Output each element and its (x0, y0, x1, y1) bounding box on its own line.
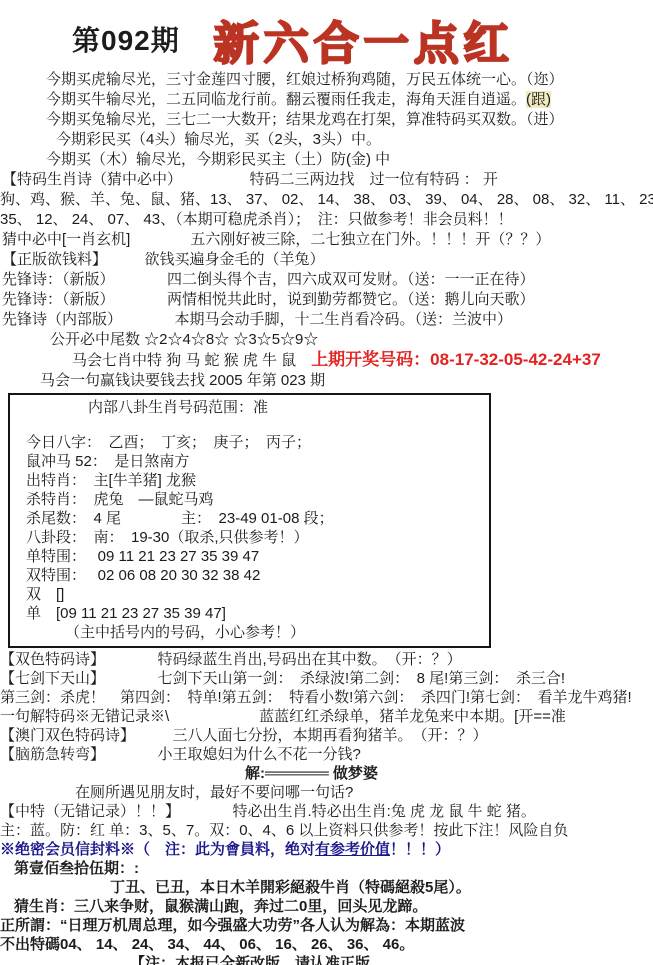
phrase-decode-line: 一句解特码※无错记录※\ 蓝蓝红红杀绿单，猪羊龙兔来中本期。[开==准 (0, 707, 653, 726)
vanguard-poem-2: 先锋诗：（新版） 两情相悦共此时，说到勤劳都赞它。（送：鹅儿向天歌） (0, 290, 653, 310)
zodiac-number-list-2: 35、 12、 24、 07、 43、（本期可稳虎杀肖）； 注：只做参考！非会员… (0, 210, 653, 230)
top-section: 今期买虎输尽光，三寸金莲四寸腰，红娘过桥狗鸡随，万民五体统一心。（迩） 今期买牛… (0, 70, 653, 391)
box-kill-tail-line: 杀尾数： 4 尾 主： 23-49 01-08 段； (10, 509, 489, 528)
poem-line-2-tail: (跟) (526, 91, 551, 108)
winning-phrase-line: 马会一句赢钱诀要钱去找 2005 年第 023 期 (0, 371, 653, 391)
seven-zodiac-text: 马会七肖中特 狗 马 蛇 猴 虎 牛 鼠 (72, 352, 311, 369)
issue-number: 第092期 (72, 19, 180, 59)
box-bagua-segment-line: 八卦段： 南： 19-30（取杀,只供参考！） (10, 528, 489, 547)
color-advice-line: 主：蓝。防：红 单：3、5、7。双：0、4、6 以上资料只供参考！按此下注！风险… (0, 821, 653, 840)
box-odd-pick-line: 单 [09 11 21 23 27 35 39 47] (10, 604, 489, 623)
box-odd-range-line: 单特围： 09 11 21 23 27 35 39 47 (10, 547, 489, 566)
two-color-poem-line: 【双色特码诗】 特码绿蓝生肖出,号码出在其中数。 （开：？） (0, 650, 653, 669)
poem-line-5: 今期买（木）输尽光，今期彩民买主（土）防(金) 中 (0, 150, 653, 170)
vanguard-poem-1: 先锋诗：（新版） 四二倒头得个吉，四六成双可发财。（送：一一正在待） (0, 270, 653, 290)
header: 第092期 新六合一点红 (0, 0, 653, 70)
money-poem-line: 【正版欲钱料】 欲钱买遍身金毛的（羊兔） (0, 250, 653, 270)
member-envelope-underline: 有参考价值 (315, 841, 390, 858)
macau-poem-line: 【澳门双色特码诗】 三八人面七分扮，本期再看狗猪羊。 （开：？） (0, 726, 653, 745)
saying-line: 正所謂：“日理万机周总理，如今强盛大功劳”各人认为解為：本期蓝波 (0, 916, 653, 935)
box-even-pick-line: 双 [] (10, 585, 489, 604)
member-envelope-text-2: ！！！） (390, 841, 450, 858)
box-blank-line (10, 417, 489, 433)
tail-numbers-line: 公开必中尾数 ☆2☆4☆8☆ ☆3☆5☆9☆ (0, 330, 653, 350)
bagua-info-box: 内部八卦生肖号码范围：准 今日八字： 乙酉； 丁亥； 庚子； 丙子； 鼠冲马 5… (8, 393, 491, 648)
poem-line-3: 今期买兔输尽光，三七二一大数开；结果龙鸡在打架，算准特码买双数。（进） (0, 110, 653, 130)
poem-line-4: 今期彩民买（4头）输尽光，买（2头，3头）中。 (0, 130, 653, 150)
period-135-heading: 第壹佰叁拾伍期：: (0, 859, 653, 878)
lottery-tip-sheet: 第092期 新六合一点红 今期买虎输尽光，三寸金莲四寸腰，红娘过桥狗鸡随，万民五… (0, 0, 653, 965)
zodiac-poem-heading: 【特码生肖诗（猜中必中） 特码二三两边找 过一位有特码 ： 开 (0, 170, 653, 190)
bottom-section: 【双色特码诗】 特码绿蓝生肖出,号码出在其中数。 （开：？） 【七剑下天山】 七… (0, 650, 653, 965)
box-bazi-line: 今日八字： 乙酉； 丁亥； 庚子； 丙子； (10, 433, 489, 452)
member-envelope-line: ※绝密会员信封料※（ 注：此为會員料，绝对有参考价值！！！） (0, 840, 653, 859)
box-clash-line: 鼠冲马 52： 是日煞南方 (10, 452, 489, 471)
vanguard-poem-internal: 先锋诗（内部版） 本期马会动手脚，十二生肖看冷码。（送：兰波中） (0, 310, 653, 330)
member-envelope-text-1: ※绝密会员信封料※（ 注：此为會員料，绝对 (0, 841, 315, 858)
box-caution-line: （主中括号内的号码，小心参考！） (10, 623, 489, 642)
seven-swords-line-1: 【七剑下天山】 七剑下天山第一剑： 杀绿波!第二剑： 8 尾!第三剑： 杀三合! (0, 669, 653, 688)
seven-zodiac-line: 马会七肖中特 狗 马 蛇 猴 虎 牛 鼠 上期开奖号码：08-17-32-05-… (0, 350, 653, 371)
poem-line-1: 今期买虎输尽光，三寸金莲四寸腰，红娘过桥狗鸡随，万民五体统一心。（迩） (0, 70, 653, 90)
one-zodiac-mystery-line: 猜中必中[一肖玄机] 五六刚好被三除，二七独立在门外。！！！开（？？） (0, 230, 653, 250)
edition-note-line: 【注：本报已全新改版，请认准正版， (0, 954, 653, 965)
riddle-question-2: 在厕所遇见朋友时，最好不要问哪一句话? (0, 783, 653, 802)
poem-line-2: 今期买牛输尽光，二五同临龙行前。翻云覆雨任我走，海角天涯自逍遥。(跟) (0, 90, 653, 110)
zodiac-number-list-1: 狗、鸡、猴、羊、兔、鼠、猪、13、 37、 02、 14、 38、 03、 39… (0, 190, 653, 210)
page-title: 新六合一点红 (214, 7, 514, 72)
box-even-range-line: 双特围： 02 06 08 20 30 32 38 42 (10, 566, 489, 585)
box-title: 内部八卦生肖号码范围：准 (10, 398, 489, 417)
seven-swords-line-2: 第三剑：杀虎！ 第四剑： 特单!第五剑： 特看小数!第六剑： 杀四门!第七剑： … (0, 688, 653, 707)
excluded-numbers-line: 不出特碼04、 14、 24、 34、 44、 06、 16、 26、 36、 … (0, 935, 653, 954)
box-kill-zodiac-line: 杀特肖： 虎兔 —鼠蛇马鸡 (10, 490, 489, 509)
last-draw-result: 上期开奖号码：08-17-32-05-42-24+37 (311, 350, 601, 369)
riddle-answer-line: 解:══════ 做梦婆 (0, 764, 653, 783)
riddle-line: 【脑筋急转弯】 小王取媳妇为什么不花一分钱? (0, 745, 653, 764)
period-135-detail: 丁丑、已丑，本日木羊開彩絕殺牛肖（特碼絕殺5尾）。 (0, 878, 653, 897)
box-out-zodiac-line: 出特肖： 主[牛羊猪] 龙猴 (10, 471, 489, 490)
poem-line-2-text: 今期买牛输尽光，二五同临龙行前。翻云覆雨任我走，海角天涯自逍遥。 (46, 91, 526, 108)
must-hit-zodiac-line: 【中特（无错记录）！！】 特必出生肖.特必出生肖:兔 虎 龙 鼠 牛 蛇 猪。 (0, 802, 653, 821)
guess-zodiac-line: 猜生肖：三八来争财，鼠猴满山跑，奔过二0里，回头见龙蹄。 (0, 897, 653, 916)
